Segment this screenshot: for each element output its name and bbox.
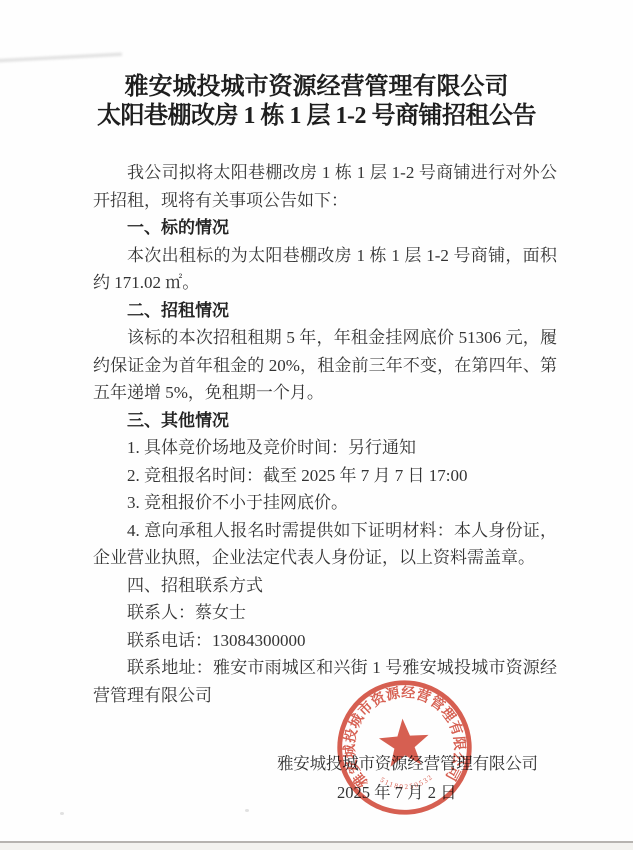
title-line-2: 太阳巷棚改房 1 栋 1 层 1-2 号商铺招租公告 — [0, 102, 633, 131]
star-icon — [378, 717, 431, 768]
scan-speck — [60, 812, 64, 815]
scan-smudge-artifact — [0, 53, 122, 63]
official-seal-stamp: 雅安城投城市资源经营管理有限公司 51180250532 — [327, 670, 482, 825]
section-3-item-3: 3. 竞租报价不小于挂网底价。 — [93, 489, 557, 517]
scan-speck — [245, 809, 249, 812]
section-3-item-2: 2. 竞租报名时间：截至 2025 年 7 月 7 日 17:00 — [93, 462, 557, 490]
section-3-heading: 三、其他情况 — [93, 407, 557, 435]
section-2-paragraph: 该标的本次招租租期 5 年，年租金挂网底价 51306 元，履约保证金为首年租金… — [93, 324, 557, 407]
section-3-item-1: 1. 具体竞价场地及竞价时间：另行通知 — [93, 434, 557, 462]
scan-edge-band — [0, 843, 633, 850]
section-1-heading: 一、标的情况 — [93, 214, 557, 242]
section-2-heading: 二、招租情况 — [93, 297, 557, 325]
scanned-announcement-page: 雅安城投城市资源经营管理有限公司 太阳巷棚改房 1 栋 1 层 1-2 号商铺招… — [0, 0, 633, 850]
section-1-paragraph: 本次出租标的为太阳巷棚改房 1 栋 1 层 1-2 号商铺，面积约 171.02… — [93, 242, 557, 297]
svg-text:51180250532: 51180250532 — [378, 772, 436, 793]
document-body: 我公司拟将太阳巷棚改房 1 栋 1 层 1-2 号商铺进行对外公开招租，现将有关… — [93, 159, 557, 709]
contact-heading: 四、招租联系方式 — [93, 572, 557, 600]
seal-code-text: 51180250532 — [378, 772, 436, 793]
section-3-item-4: 4. 意向承租人报名时需提供如下证明材料：本人身份证，企业营业执照，企业法定代表… — [93, 517, 557, 572]
title-line-1: 雅安城投城市资源经营管理有限公司 — [0, 73, 633, 102]
contact-phone: 联系电话：13084300000 — [93, 627, 557, 655]
intro-paragraph: 我公司拟将太阳巷棚改房 1 栋 1 层 1-2 号商铺进行对外公开招租，现将有关… — [93, 159, 557, 214]
contact-address: 联系地址：雅安市雨城区和兴街 1 号雅安城投城市资源经营管理有限公司 — [93, 654, 557, 709]
contact-person: 联系人：蔡女士 — [93, 599, 557, 627]
document-title: 雅安城投城市资源经营管理有限公司 太阳巷棚改房 1 栋 1 层 1-2 号商铺招… — [0, 73, 633, 131]
